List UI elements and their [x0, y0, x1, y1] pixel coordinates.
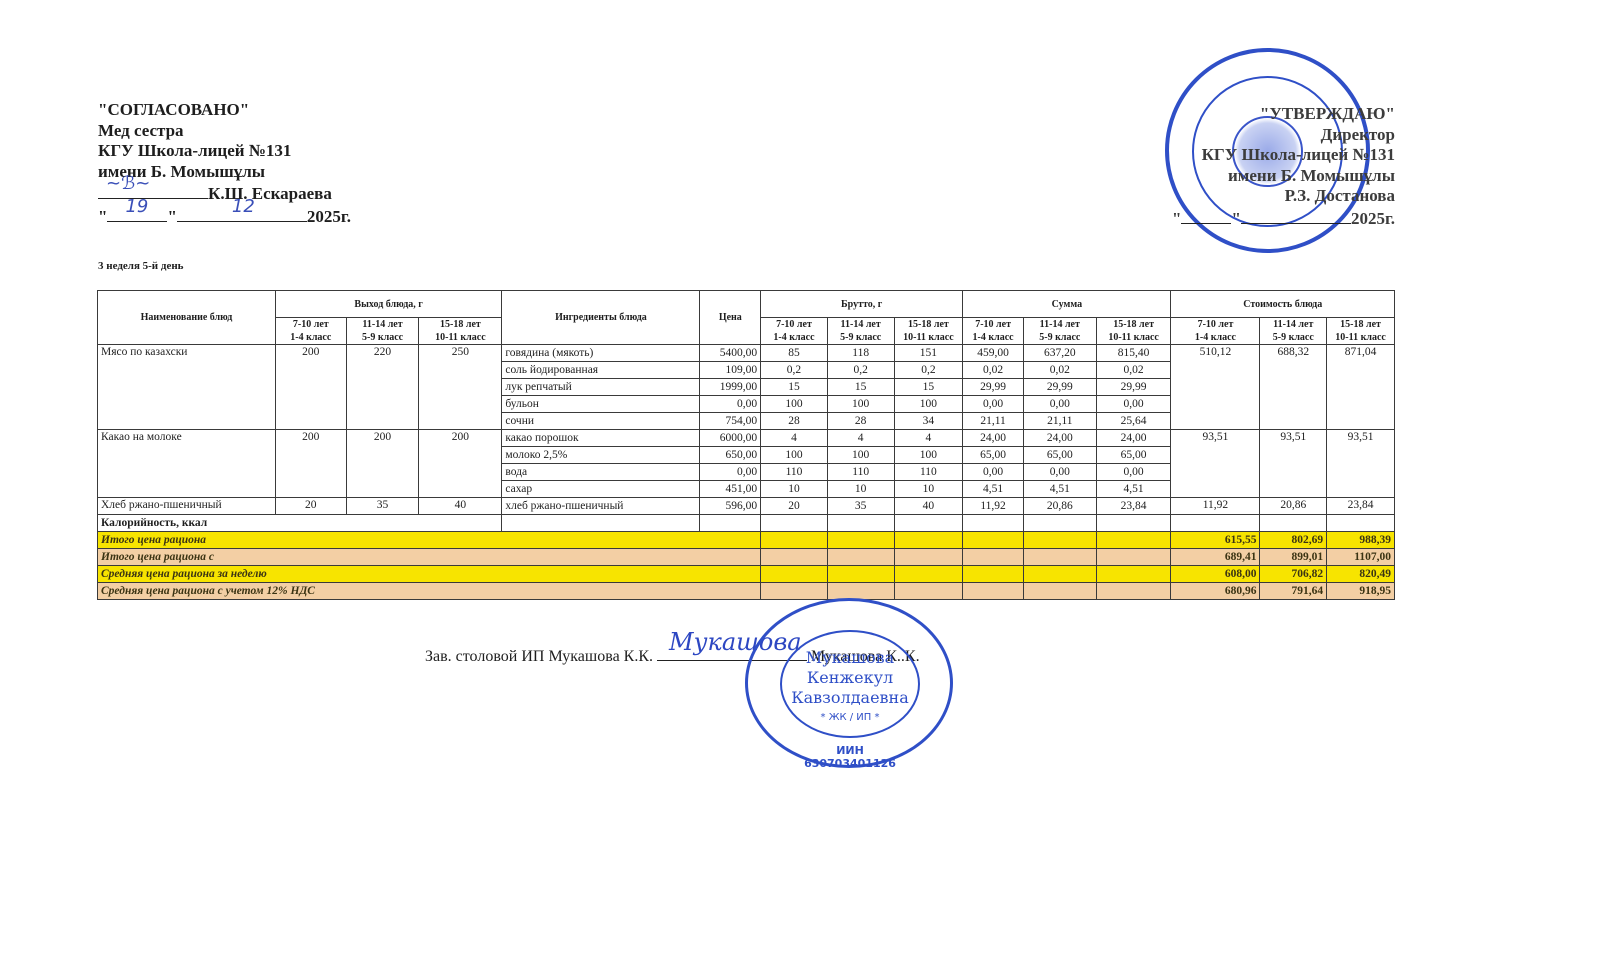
dish-cost: 510,12 [1171, 345, 1260, 430]
ingredient-brutto: 0,2 [894, 362, 963, 379]
ingredient-name: лук репчатый [502, 379, 700, 396]
ingredient-brutto: 4 [894, 430, 963, 447]
canteen-manager-label: Зав. столовой ИП Мукашова К.К. [425, 648, 653, 665]
header-yield: Выход блюда, г [275, 291, 501, 318]
dish-yield: 220 [346, 345, 419, 430]
header-age-group: 7-10 лет1-4 класс [963, 318, 1024, 345]
calories-label: Калорийность, ккал [98, 515, 502, 532]
ingredient-brutto: 28 [761, 413, 828, 430]
ingredient-sum: 815,40 [1096, 345, 1171, 362]
summary-value: 608,00 [1171, 566, 1260, 583]
signature-field: ~ℬ~ [98, 182, 208, 199]
summary-empty-cell [963, 549, 1024, 566]
ingredient-brutto: 100 [761, 396, 828, 413]
approved-title: "УТВЕРЖДАЮ" [1172, 104, 1395, 125]
ingredient-sum: 11,92 [963, 498, 1024, 515]
ingredient-name: сочни [502, 413, 700, 430]
ingredient-name: говядина (мякоть) [502, 345, 700, 362]
summary-empty-cell [1023, 549, 1096, 566]
header-age-group: 11-14 лет5-9 класс [1260, 318, 1327, 345]
ingredient-price: 6000,00 [700, 430, 761, 447]
ingredient-sum: 24,00 [963, 430, 1024, 447]
ingredient-brutto: 100 [894, 396, 963, 413]
header-age-group: 7-10 лет1-4 класс [275, 318, 346, 345]
dish-cost: 11,92 [1171, 498, 1260, 515]
approved-role: Директор [1172, 125, 1395, 146]
dish-yield: 200 [275, 430, 346, 498]
agreed-title: "СОГЛАСОВАНО" [98, 100, 351, 121]
summary-row: Средняя цена рациона за неделю608,00706,… [98, 566, 1395, 583]
calories-cell [827, 515, 894, 532]
summary-label: Итого цена рациона с [98, 549, 761, 566]
ingredient-name: бульон [502, 396, 700, 413]
dish-cost: 93,51 [1171, 430, 1260, 498]
ingredient-sum: 23,84 [1096, 498, 1171, 515]
header-age-group: 15-18 лет10-11 класс [1096, 318, 1171, 345]
ingredient-name: соль йодированная [502, 362, 700, 379]
ingredient-brutto: 100 [827, 447, 894, 464]
summary-empty-cell [963, 583, 1024, 600]
summary-value: 680,96 [1171, 583, 1260, 600]
approved-org: КГУ Школа-лицей №131 [1172, 145, 1395, 166]
ingredient-sum: 24,00 [1023, 430, 1096, 447]
header-age-group: 15-18 лет10-11 класс [1327, 318, 1395, 345]
menu-table: Наименование блюд Выход блюда, г Ингреди… [97, 290, 1395, 600]
ingredient-brutto: 0,2 [761, 362, 828, 379]
summary-empty-cell [1096, 549, 1171, 566]
ingredient-price: 0,00 [700, 396, 761, 413]
agreed-org: КГУ Школа-лицей №131 [98, 141, 351, 162]
entrepreneur-stamp-iin: ИИН 630703401126 [790, 744, 910, 770]
dish-cost: 93,51 [1327, 430, 1395, 498]
ingredient-price: 0,00 [700, 464, 761, 481]
header-age-group: 15-18 лет10-11 класс [894, 318, 963, 345]
table-row: Какао на молоке200200200какао порошок600… [98, 430, 1395, 447]
summary-empty-cell [761, 583, 828, 600]
dish-cost: 20,86 [1260, 498, 1327, 515]
calories-cell [1260, 515, 1327, 532]
ingredient-sum: 65,00 [1096, 447, 1171, 464]
summary-empty-cell [761, 532, 828, 549]
ingredient-sum: 0,02 [963, 362, 1024, 379]
ingredient-sum: 0,00 [1023, 464, 1096, 481]
date-day: 19 [125, 197, 148, 218]
ingredient-name: какао порошок [502, 430, 700, 447]
ingredient-brutto: 28 [827, 413, 894, 430]
summary-empty-cell [1096, 583, 1171, 600]
ingredient-brutto: 4 [827, 430, 894, 447]
summary-empty-cell [761, 549, 828, 566]
ingredient-brutto: 15 [894, 379, 963, 396]
approved-date: ""2025г. [1172, 207, 1395, 230]
date-year: 2025г. [307, 207, 351, 226]
ingredient-brutto: 10 [827, 481, 894, 498]
ingredient-brutto: 4 [761, 430, 828, 447]
agreed-role: Мед сестра [98, 121, 351, 142]
ingredient-sum: 4,51 [963, 481, 1024, 498]
ingredient-brutto: 85 [761, 345, 828, 362]
summary-value: 1107,00 [1327, 549, 1395, 566]
ingredient-sum: 29,99 [1096, 379, 1171, 396]
dish-cost: 871,04 [1327, 345, 1395, 430]
header-age-group: 7-10 лет1-4 класс [761, 318, 828, 345]
ingredient-price: 109,00 [700, 362, 761, 379]
header-age-group: 11-14 лет5-9 класс [346, 318, 419, 345]
summary-empty-cell [827, 532, 894, 549]
calories-cell [502, 515, 700, 532]
summary-empty-cell [827, 566, 894, 583]
calories-cell [1023, 515, 1096, 532]
approval-block-approved: "УТВЕРЖДАЮ" Директор КГУ Школа-лицей №13… [1172, 104, 1395, 229]
dish-yield: 20 [275, 498, 346, 515]
ingredient-brutto: 20 [761, 498, 828, 515]
summary-value: 615,55 [1171, 532, 1260, 549]
agreed-date: "19"122025г. [98, 205, 351, 228]
ingredient-sum: 0,00 [1096, 396, 1171, 413]
ingredient-brutto: 10 [894, 481, 963, 498]
ingredient-name: вода [502, 464, 700, 481]
ingredient-sum: 459,00 [963, 345, 1024, 362]
summary-value: 988,39 [1327, 532, 1395, 549]
dish-cost: 93,51 [1260, 430, 1327, 498]
summary-label: Средняя цена рациона за неделю [98, 566, 761, 583]
summary-row: Итого цена рациона615,55802,69988,39 [98, 532, 1395, 549]
calories-cell [700, 515, 761, 532]
header-age-group: 7-10 лет1-4 класс [1171, 318, 1260, 345]
ingredient-brutto: 35 [827, 498, 894, 515]
ingredient-name: хлеб ржано-пшеничный [502, 498, 700, 515]
dish-name: Какао на молоке [98, 430, 276, 498]
ingredient-sum: 0,00 [1096, 464, 1171, 481]
summary-empty-cell [1023, 583, 1096, 600]
header-sum: Сумма [963, 291, 1171, 318]
ingredient-sum: 65,00 [963, 447, 1024, 464]
ingredient-sum: 24,00 [1096, 430, 1171, 447]
ingredient-brutto: 110 [894, 464, 963, 481]
ingredient-sum: 20,86 [1023, 498, 1096, 515]
dish-yield: 40 [419, 498, 502, 515]
header-brutto: Брутто, г [761, 291, 963, 318]
dish-yield: 200 [419, 430, 502, 498]
summary-empty-cell [894, 566, 963, 583]
ingredient-sum: 25,64 [1096, 413, 1171, 430]
summary-value: 791,64 [1260, 583, 1327, 600]
summary-empty-cell [1096, 566, 1171, 583]
summary-label: Средняя цена рациона с учетом 12% НДС [98, 583, 761, 600]
approved-signer: Р.З. Достанова [1172, 186, 1395, 207]
ingredient-sum: 29,99 [963, 379, 1024, 396]
ingredient-brutto: 15 [761, 379, 828, 396]
ingredient-sum: 65,00 [1023, 447, 1096, 464]
dish-name: Мясо по казахски [98, 345, 276, 430]
approved-named-after: имени Б. Момышұлы [1172, 166, 1395, 187]
summary-value: 706,82 [1260, 566, 1327, 583]
ingredient-sum: 0,00 [963, 464, 1024, 481]
summary-empty-cell [827, 583, 894, 600]
header-age-group: 11-14 лет5-9 класс [1023, 318, 1096, 345]
summary-empty-cell [761, 566, 828, 583]
summary-empty-cell [827, 549, 894, 566]
header-age-group: 15-18 лет10-11 класс [419, 318, 502, 345]
ingredient-brutto: 100 [894, 447, 963, 464]
ingredient-price: 754,00 [700, 413, 761, 430]
header-ingredients: Ингредиенты блюда [502, 291, 700, 345]
ingredient-sum: 0,02 [1023, 362, 1096, 379]
ingredient-brutto: 100 [827, 396, 894, 413]
summary-row: Средняя цена рациона с учетом 12% НДС680… [98, 583, 1395, 600]
ingredient-price: 5400,00 [700, 345, 761, 362]
ingredient-price: 650,00 [700, 447, 761, 464]
summary-empty-cell [894, 583, 963, 600]
dish-cost: 688,32 [1260, 345, 1327, 430]
ingredient-sum: 0,02 [1096, 362, 1171, 379]
calories-cell [761, 515, 828, 532]
ingredient-sum: 4,51 [1096, 481, 1171, 498]
dish-name: Хлеб ржано-пшеничный [98, 498, 276, 515]
entrepreneur-stamp-text: Мукашова Кенжекул Кавзолдаевна * ЖК / ИП… [782, 648, 918, 728]
ingredient-brutto: 0,2 [827, 362, 894, 379]
summary-label: Итого цена рациона [98, 532, 761, 549]
ingredient-brutto: 40 [894, 498, 963, 515]
ingredient-brutto: 34 [894, 413, 963, 430]
calories-cell [963, 515, 1024, 532]
ingredient-sum: 0,00 [963, 396, 1024, 413]
table-row: Хлеб ржано-пшеничный203540хлеб ржано-пше… [98, 498, 1395, 515]
summary-value: 820,49 [1327, 566, 1395, 583]
table-row: Мясо по казахски200220250говядина (мякот… [98, 345, 1395, 362]
dish-yield: 35 [346, 498, 419, 515]
dish-yield: 200 [346, 430, 419, 498]
dish-yield: 250 [419, 345, 502, 430]
summary-empty-cell [1096, 532, 1171, 549]
calories-cell [1171, 515, 1260, 532]
summary-row: Итого цена рациона с689,41899,011107,00 [98, 549, 1395, 566]
calories-cell [1096, 515, 1171, 532]
date-month: 12 [232, 197, 255, 218]
ingredient-sum: 29,99 [1023, 379, 1096, 396]
summary-empty-cell [1023, 532, 1096, 549]
ingredient-sum: 4,51 [1023, 481, 1096, 498]
ingredient-sum: 0,00 [1023, 396, 1096, 413]
ingredient-name: сахар [502, 481, 700, 498]
ingredient-brutto: 110 [827, 464, 894, 481]
ingredient-sum: 637,20 [1023, 345, 1096, 362]
ingredient-brutto: 118 [827, 345, 894, 362]
ingredient-sum: 21,11 [963, 413, 1024, 430]
ingredient-price: 596,00 [700, 498, 761, 515]
summary-value: 802,69 [1260, 532, 1327, 549]
summary-empty-cell [963, 532, 1024, 549]
ingredient-brutto: 15 [827, 379, 894, 396]
ingredient-sum: 21,11 [1023, 413, 1096, 430]
ingredient-brutto: 10 [761, 481, 828, 498]
summary-empty-cell [894, 549, 963, 566]
dish-cost: 23,84 [1327, 498, 1395, 515]
agreed-signer: К.Ш. Ескараева [208, 184, 332, 203]
summary-empty-cell [894, 532, 963, 549]
summary-value: 899,01 [1260, 549, 1327, 566]
ingredient-brutto: 100 [761, 447, 828, 464]
week-day-label: 3 неделя 5-й день [98, 260, 184, 272]
ingredient-price: 1999,00 [700, 379, 761, 396]
header-price: Цена [700, 291, 761, 345]
calories-cell [894, 515, 963, 532]
ingredient-price: 451,00 [700, 481, 761, 498]
header-dish: Наименование блюд [98, 291, 276, 345]
calories-row: Калорийность, ккал [98, 515, 1395, 532]
calories-cell [1327, 515, 1395, 532]
approval-block-agreed: "СОГЛАСОВАНО" Мед сестра КГУ Школа-лицей… [98, 100, 351, 227]
summary-empty-cell [1023, 566, 1096, 583]
summary-value: 918,95 [1327, 583, 1395, 600]
ingredient-brutto: 110 [761, 464, 828, 481]
header-cost: Стоимость блюда [1171, 291, 1395, 318]
summary-value: 689,41 [1171, 549, 1260, 566]
summary-empty-cell [963, 566, 1024, 583]
handwritten-signature: ~ℬ~ [106, 174, 150, 195]
ingredient-brutto: 151 [894, 345, 963, 362]
ingredient-name: молоко 2,5% [502, 447, 700, 464]
header-age-group: 11-14 лет5-9 класс [827, 318, 894, 345]
dish-yield: 200 [275, 345, 346, 430]
